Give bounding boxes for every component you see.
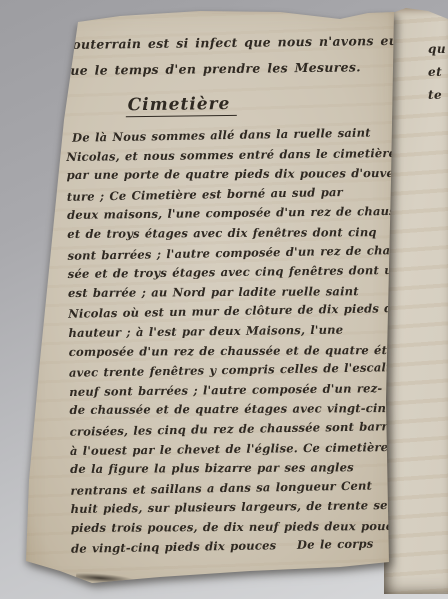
section-title: Cimetière bbox=[126, 94, 237, 117]
adjacent-page-fragments: quette bbox=[428, 38, 446, 107]
handwritten-text: souterrain est si infect que nous n'avon… bbox=[65, 28, 393, 559]
page-fold-shadow bbox=[76, 572, 136, 585]
manuscript-photo: quette souterrain est si infect que nous… bbox=[0, 0, 448, 599]
opening-lines: souterrain est si infect que nous n'avon… bbox=[65, 28, 388, 84]
body-lines: De là Nous sommes allé dans la ruelle sa… bbox=[66, 124, 393, 559]
manuscript-page: souterrain est si infect que nous n'avon… bbox=[18, 4, 400, 593]
fragment-line: qu bbox=[428, 38, 446, 61]
text-line: souterrain est si infect que nous n'avon… bbox=[65, 28, 387, 58]
text-line: que le temps d'en prendre les Mesures. bbox=[61, 54, 387, 84]
adjacent-page-edge: quette bbox=[384, 6, 448, 594]
fragment-line: et bbox=[428, 61, 446, 84]
fragment-line: te bbox=[428, 84, 446, 107]
text-line: de vingt-cinq pieds dix pouces De le cor… bbox=[71, 535, 393, 560]
